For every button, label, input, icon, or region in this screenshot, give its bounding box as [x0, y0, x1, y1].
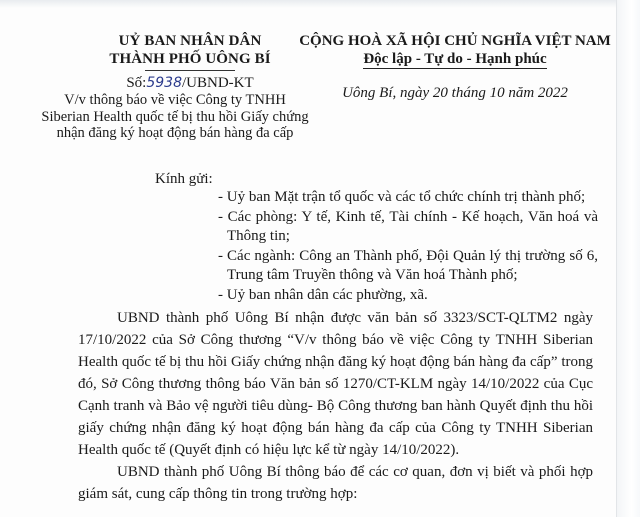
recipients-list: - Uỷ ban Mặt trận tổ quốc và các tổ chức… — [218, 188, 598, 305]
body-paragraph: UBND thành phố Uông Bí nhận được văn bản… — [78, 307, 593, 461]
number-prefix: Số: — [126, 75, 146, 91]
national-motto: Độc lập - Tự do - Hạnh phúc — [363, 51, 546, 69]
country-name: CỘNG HOÀ XÃ HỘI CHỦ NGHĨA VIỆT NAM — [290, 32, 620, 50]
recipient-item: - Uỷ ban nhân dân các phường, xã. — [218, 286, 598, 306]
issuer-underline — [145, 70, 235, 71]
number-handwritten: 5938 — [146, 75, 182, 91]
document-body: UBND thành phố Uông Bí nhận được văn bản… — [78, 307, 593, 505]
issuer-line-2: THÀNH PHỐ UÔNG BÍ — [80, 50, 300, 68]
number-suffix: /UBND-KT — [182, 75, 254, 91]
subject-line: nhận đăng ký hoạt động bán hàng đa cấp — [30, 125, 320, 142]
recipient-item: - Uỷ ban Mặt trận tổ quốc và các tổ chức… — [218, 188, 598, 208]
recipient-item: - Các ngành: Công an Thành phố, Đội Quản… — [218, 247, 598, 286]
document-subject: V/v thông báo về việc Công ty TNHH Siber… — [30, 92, 320, 142]
recipient-item: - Các phòng: Y tế, Kinh tế, Tài chính - … — [218, 208, 598, 247]
document-number: Số:5938/UBND-KT — [80, 74, 300, 92]
national-header: CỘNG HOÀ XÃ HỘI CHỦ NGHĨA VIỆT NAM Độc l… — [290, 32, 620, 69]
body-paragraph: UBND thành phố Uông Bí thông báo để các … — [78, 461, 593, 505]
scan-right-edge — [616, 0, 640, 517]
issuer-line-1: UỶ BAN NHÂN DÂN — [80, 32, 300, 50]
issuer-header: UỶ BAN NHÂN DÂN THÀNH PHỐ UÔNG BÍ — [80, 32, 300, 71]
scan-top-shadow — [0, 0, 640, 8]
document-page: UỶ BAN NHÂN DÂN THÀNH PHỐ UÔNG BÍ Số:593… — [0, 0, 640, 517]
subject-line: V/v thông báo về việc Công ty TNHH — [30, 92, 320, 109]
recipients-label: Kính gửi: — [155, 170, 213, 188]
place-date: Uông Bí, ngày 20 tháng 10 năm 2022 — [290, 84, 620, 102]
subject-line: Siberian Health quốc tế bị thu hồi Giấy … — [30, 109, 320, 126]
